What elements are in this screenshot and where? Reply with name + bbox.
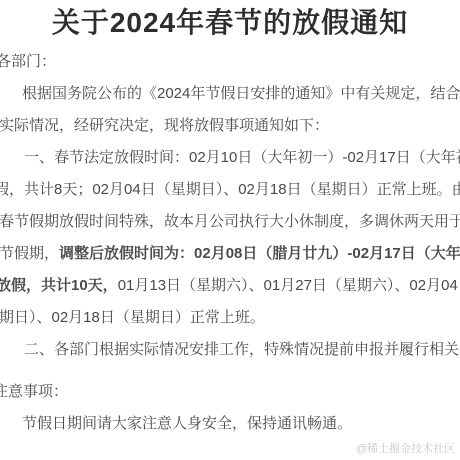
notice-text: 二、各部门根据实际情况安排工作，特殊情况提前申报并履行相关手续。 [24,341,460,358]
notice-line-item1-6: 期日）、02月18日（星期日）正常上班。 [0,302,460,334]
notice-line-notes-heading: 注意事项： [0,376,460,408]
notice-text-bold: 放假，共计10天， [0,277,118,294]
watermark: @稀土掘金技术社区 [356,440,455,456]
notice-text: 节假期， [0,245,59,262]
notice-text: 节假日期间请大家注意人身安全，保持通讯畅通。 [22,415,352,432]
notice-line-salutation: 各部门： [0,46,460,78]
notice-line-intro-2: 实际情况，经研究决定，现将放假事项通知如下： [0,110,460,142]
notice-text: 期日）、02月18日（星期日）正常上班。 [0,309,265,326]
notice-text-bold: 调整后放假时间为：02月08日（腊月廿九）-02月17日（大年初八 [59,245,460,262]
notice-line-item1-5: 放假，共计10天，01月13日（星期六）、01月27日（星期六）、02月04日（ [0,270,460,302]
notice-line-item1-2: 假，共计8天；02月04日（星期日）、02月18日（星期日）正常上班。由于今 [0,174,460,206]
notice-text: 假，共计8天；02月04日（星期日）、02月18日（星期日）正常上班。由于今 [0,181,460,198]
notice-text: 01月13日（星期六）、01月27日（星期六）、02月04日（ [118,277,460,294]
notice-line-item1-3: 春节假期放假时间特殊，故本月公司执行大小休制度，多调休两天用于延长 [0,206,460,238]
notice-text: 注意事项： [0,383,68,400]
notice-text: 根据国务院公布的《2024年节假日安排的通知》中有关规定，结合我公 [22,85,460,102]
notice-line-notes-body: 节假日期间请大家注意人身安全，保持通讯畅通。 [22,408,460,440]
notice-line-item1-4: 节假期，调整后放假时间为：02月08日（腊月廿九）-02月17日（大年初八 [0,238,460,270]
notice-title: 关于2024年春节的放假通知 [0,4,460,42]
notice-text: 春节假期放假时间特殊，故本月公司执行大小休制度，多调休两天用于延长 [0,213,460,230]
notice-text: 实际情况，经研究决定，现将放假事项通知如下： [0,117,329,134]
notice-line-item2: 二、各部门根据实际情况安排工作，特殊情况提前申报并履行相关手续。 [24,334,460,366]
notice-document: 关于2024年春节的放假通知 各部门： 根据国务院公布的《2024年节假日安排的… [0,0,460,460]
notice-line-item1-1: 一、春节法定放假时间：02月10日（大年初一）-02月17日（大年初八） [24,142,460,174]
notice-text: 各部门： [0,53,56,70]
notice-line-intro-1: 根据国务院公布的《2024年节假日安排的通知》中有关规定，结合我公 [22,78,460,110]
notice-body: 各部门： 根据国务院公布的《2024年节假日安排的通知》中有关规定，结合我公 实… [0,46,460,440]
notice-text: 一、春节法定放假时间：02月10日（大年初一）-02月17日（大年初八） [24,149,460,166]
